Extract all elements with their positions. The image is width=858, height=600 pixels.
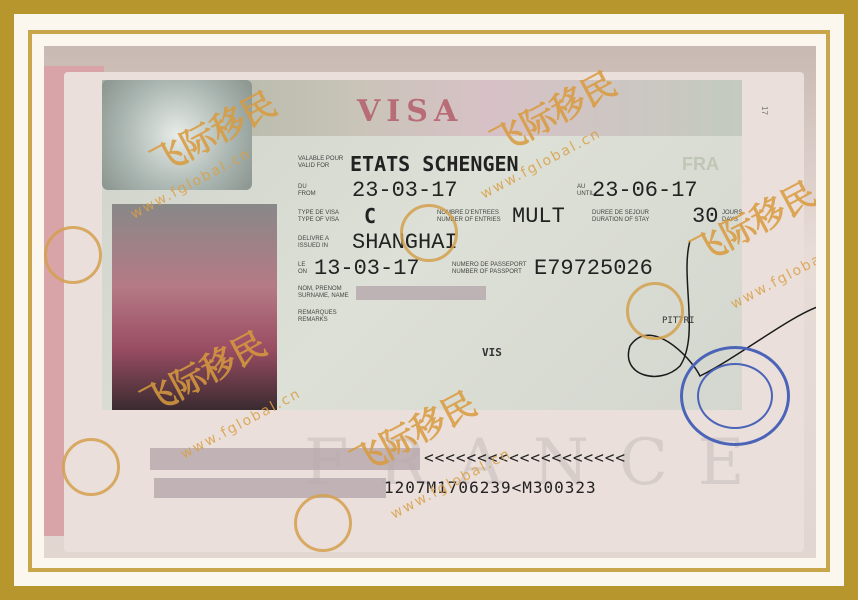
country-code: FRA — [682, 154, 719, 175]
page-number: 17 — [760, 106, 769, 115]
entries-value: MULT — [512, 204, 565, 229]
from-value: 23-03-17 — [352, 178, 458, 203]
consulate-stamp — [680, 346, 790, 446]
valid-for-label: VALABLE POURVALID FOR — [298, 156, 343, 170]
from-label: DUFROM — [298, 184, 316, 198]
until-value: 23-06-17 — [592, 178, 698, 203]
remarks-label: REMARQUESREMARKS — [298, 310, 337, 324]
redacted-name — [356, 286, 486, 300]
issued-on-value: 13-03-17 — [314, 256, 420, 281]
duration-label: DUREE DE SEJOURDURATION OF STAY — [592, 210, 649, 224]
type-value: C — [364, 204, 376, 228]
redacted-mrz-line2 — [154, 478, 386, 498]
issued-in-label: DELIVRE AISSUED IN — [298, 236, 329, 250]
watermark-globe-icon — [400, 204, 458, 262]
watermark-globe-icon — [626, 282, 684, 340]
watermark-globe-icon — [62, 438, 120, 496]
name-label: NOM, PRENOMSURNAME, NAME — [298, 286, 349, 300]
type-label: TYPE DE VISATYPE OF VISA — [298, 210, 339, 224]
valid-for-value: ETATS SCHENGEN — [350, 152, 519, 176]
on-label: LEON — [298, 262, 307, 276]
passport-label: NUMERO DE PASSEPORTNUMBER OF PASSPORT — [452, 262, 526, 276]
remarks-value: VIS — [482, 346, 502, 359]
watermark-globe-icon — [44, 226, 102, 284]
visa-header: VISA — [357, 94, 463, 129]
watermark-globe-icon — [294, 494, 352, 552]
mrz-line1: <<<<<<<<<<<<<<<<<<< — [424, 448, 626, 467]
visa-photo: 17 VISA FRA VALABLE POURVALID FOR ETATS … — [44, 46, 816, 558]
